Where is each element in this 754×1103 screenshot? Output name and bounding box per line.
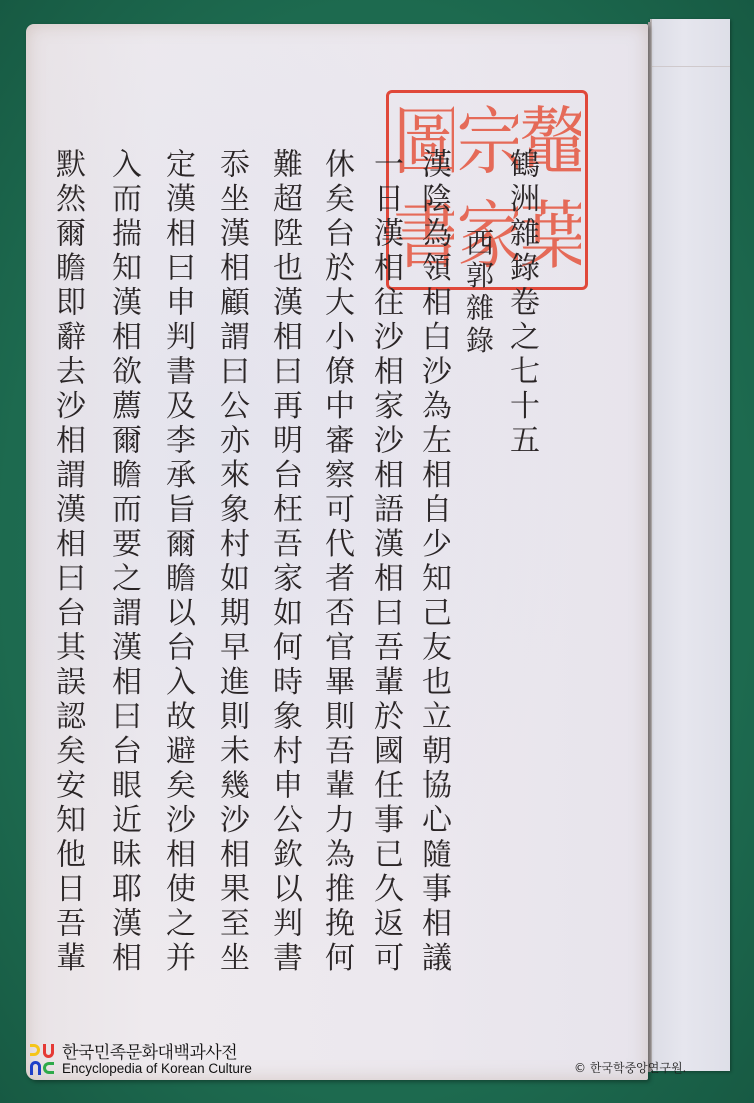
book-spine: [650, 19, 730, 1071]
watermark-title-korean: 한국민족문화대백과사전: [62, 1044, 252, 1062]
page-edge: [648, 22, 651, 1072]
copyright-notice: © 한국학중앙연구원.: [574, 1059, 686, 1076]
text-column: 入而揣知漢相欲薦爾瞻而要之謂漢相曰台眼近昧耶漢相: [108, 148, 138, 976]
spine-crease: [652, 66, 730, 67]
text-column: 默然爾瞻即辭去沙相謂漢相曰台其誤認矣安知他日吾輩: [52, 148, 82, 976]
text-column-subtitle: 西郭雜錄: [464, 228, 492, 358]
text-column: 忝坐漢相顧謂曰公亦來象村如期早進則未幾沙相果至坐: [216, 148, 246, 976]
text-column-title: 鶴洲雜錄卷之七十五: [506, 148, 536, 459]
text-column: 定漢相曰申判書及李承旨爾瞻以台入故避矣沙相使之并: [162, 148, 192, 976]
text-column: 難超陞也漢相曰再明台枉吾家如何時象村申公欽以判書: [269, 148, 299, 976]
watermark-title-english: Encyclopedia of Korean Culture: [62, 1062, 252, 1076]
encyclopedia-logo-icon: [30, 1044, 56, 1076]
text-column: 漢陰為領相白沙為左相自少知己友也立朝協心隨事相議: [418, 148, 448, 976]
text-column: 一日漢相往沙相家沙相語漢相曰吾輩於國任事已久返可: [370, 148, 400, 976]
text-column: 休矣台於大小僚中審察可代者否官畢則吾輩力為推挽何: [321, 148, 351, 976]
encyclopedia-watermark: 한국민족문화대백과사전 Encyclopedia of Korean Cultu…: [30, 1044, 252, 1076]
